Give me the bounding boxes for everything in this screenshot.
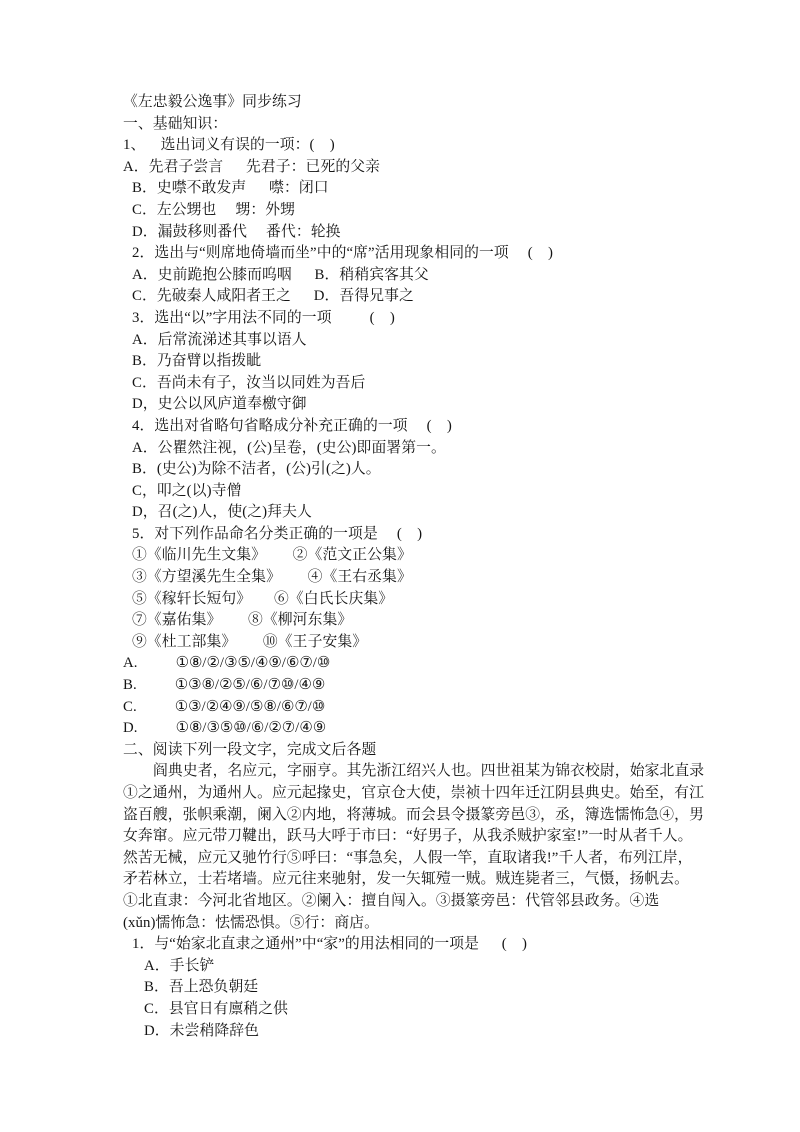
doc-line: A．后常流涕述其事以语人 [132, 330, 713, 352]
doc-line: 4．选出对省略句省略成分补充正确的一项 ( ) [132, 416, 713, 438]
doc-line: 5．对下列作品命名分类正确的一项是 ( ) [132, 524, 713, 546]
passage-line: 女奔窜。应元带刀鞬出，跃马大呼于市曰：“好男子，从我杀贼护家室!”一时从者千人。 [123, 826, 713, 848]
doc-line: D．漏鼓移则番代 番代：轮换 [132, 222, 713, 244]
passage-line: 阎典史者，名应元，字丽亨。其先浙江绍兴人也。四世祖某为锦衣校尉，始家北直录 [123, 761, 713, 783]
doc-line: 3．选出“以”字用法不同的一项 ( ) [132, 308, 713, 330]
doc-line: B．吾上恐负朝廷 [144, 977, 713, 999]
doc-title: 《左忠毅公逸事》同步练习 [123, 92, 713, 114]
footnote-line: (xǔn)懦怖急：怯懦恐惧。⑤行：商店。 [123, 913, 713, 935]
doc-line: 1．与“始家北直隶之通州”中“家”的用法相同的一项是 ( ) [132, 934, 713, 956]
doc-line: C．左公甥也 甥：外甥 [132, 200, 713, 222]
doc-line: ①《临川先生文集》 ②《范文正公集》 [132, 545, 713, 567]
passage-line: ①之通州，为通州人。应元起掾史，官京仓大使，崇祯十四年迁江阴县典史。始至，有江 [123, 783, 713, 805]
doc-line: B．史噤不敢发声 噤：闭口 [132, 178, 713, 200]
section1-heading: 一、基础知识： [123, 114, 713, 136]
doc-line: D，召(之)人，使(之)拜夫人 [132, 502, 713, 524]
doc-line: D．未尝稍降辞色 [144, 1021, 713, 1043]
doc-line: C．县官日有廪稍之供 [144, 999, 713, 1021]
doc-line: ⑤《稼轩长短句》 ⑥《白氏长庆集》 [132, 589, 713, 611]
footnote-line: ①北直隶：今河北省地区。②阑入：擅自闯入。③摄篆旁邑：代管邻县政务。④选 [123, 891, 713, 913]
doc-line: B. ①③⑧/②⑤/⑥/⑦⑩/④⑨ [123, 675, 713, 697]
doc-line: A．手长铲 [144, 956, 713, 978]
document-page: 《左忠毅公逸事》同步练习 一、基础知识： 1、 选出词义有误的一项：( ) A．… [0, 0, 800, 1132]
passage-line: 矛若林立，士若堵墙。应元往来驰射，发一矢辄殪一贼。贼连毙者三，气慑，扬帆去。 [123, 869, 713, 891]
doc-line: ⑨《杜工部集》 ⑩《王子安集》 [132, 632, 713, 654]
doc-line: C. ①③/②④⑨/⑤⑧/⑥⑦/⑩ [123, 697, 713, 719]
doc-line: D. ①⑧/③⑤⑩/⑥/②⑦/④⑨ [123, 718, 713, 740]
doc-line: A．先君子尝言 先君子：已死的父亲 [123, 157, 713, 179]
doc-line: D，史公以风庐道奉檄守御 [132, 394, 713, 416]
doc-line: A. ①⑧/②/③⑤/④⑨/⑥⑦/⑩ [123, 653, 713, 675]
section2-heading: 二、阅读下列一段文字，完成文后各题 [123, 740, 713, 762]
doc-line: A．公瞿然注视，(公)呈卷，(史公)即面署第一。 [132, 438, 713, 460]
doc-line: B．乃奋臂以指拨眦 [132, 351, 713, 373]
doc-line: ⑦《嘉佑集》 ⑧《柳河东集》 [132, 610, 713, 632]
passage-line: 盗百艘，张帜乘潮，阑入②内地，将薄城。而会县令摄篆旁邑③，丞，簿选懦怖急④，男 [123, 805, 713, 827]
passage-line: 然苦无械，应元又驰竹行⑤呼曰：“事急矣，人假一竿，直取诸我!”千人者，布列江岸， [123, 848, 713, 870]
doc-line: 1、 选出词义有误的一项：( ) [123, 135, 713, 157]
doc-line: A．史前跪抱公膝而呜咽 B．稍稍宾客其父 [132, 265, 713, 287]
doc-line: 2．选出与“则席地倚墙而坐”中的“席”活用现象相同的一项 ( ) [132, 243, 713, 265]
doc-line: C．先破秦人咸阳者王之 D．吾得兄事之 [132, 286, 713, 308]
document-content: 《左忠毅公逸事》同步练习 一、基础知识： 1、 选出词义有误的一项：( ) A．… [123, 92, 713, 1042]
doc-line: B．(史公)为除不洁者，(公)引(之)人。 [132, 459, 713, 481]
doc-line: C，叩之(以)寺僧 [132, 481, 713, 503]
doc-line: C．吾尚未有子，汝当以同姓为吾后 [132, 373, 713, 395]
doc-line: ③《方望溪先生全集》 ④《王右丞集》 [132, 567, 713, 589]
